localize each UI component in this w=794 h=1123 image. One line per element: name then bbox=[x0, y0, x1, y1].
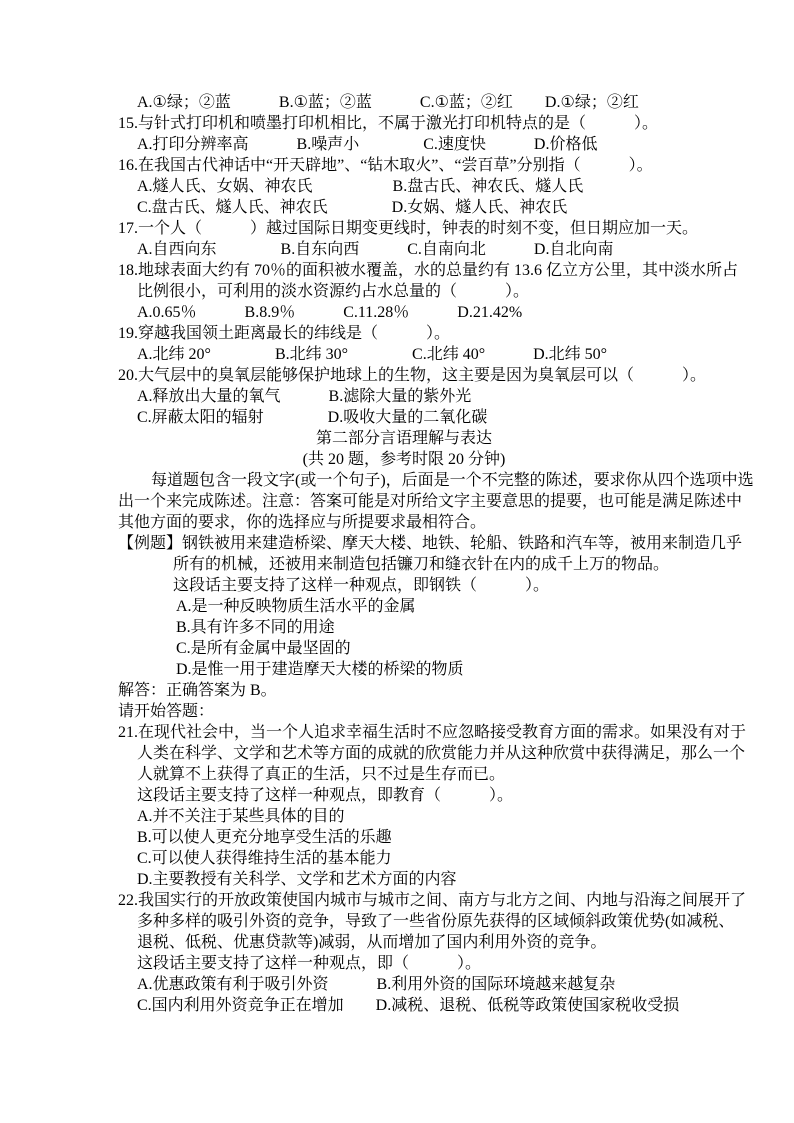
text-line: 20.大气层中的臭氧层能够保护地球上的生物，这主要是因为臭氧层可以（ ）。 bbox=[118, 365, 690, 386]
text-line: 22.我国实行的开放政策使国内城市与城市之间、南方与北方之间、内地与沿海之间展开… bbox=[118, 890, 690, 911]
text-line: B.可以使人更充分地享受生活的乐趣 bbox=[118, 827, 690, 848]
text-line: D.是惟一用于建造摩天大楼的桥梁的物质 bbox=[118, 659, 690, 680]
text-line: 所有的机械，还被用来制造包括镰刀和缝衣针在内的成千上万的物品。 bbox=[118, 554, 690, 575]
text-line: A.释放出大量的氧气 B.滤除大量的紫外光 bbox=[118, 386, 690, 407]
text-line: 请开始答题： bbox=[118, 701, 690, 722]
text-line: 18.地球表面大约有 70％的面积被水覆盖，水的总量约有 13.6 亿立方公里，… bbox=[118, 260, 690, 281]
text-line: A.自西向东 B.自东向西 C.自南向北 D.自北向南 bbox=[118, 239, 690, 260]
text-line: 出一个来完成陈述。注意：答案可能是对所给文字主要意思的提要，也可能是满足陈述中 bbox=[118, 491, 690, 512]
text-line: A.北纬 20° B.北纬 30° C.北纬 40° D.北纬 50° bbox=[118, 344, 690, 365]
text-line: 这段话主要支持了这样一种观点，即教育（ ）。 bbox=[118, 785, 690, 806]
text-line: 17.一个人（ ）越过国际日期变更线时，钟表的时刻不变，但日期应加一天。 bbox=[118, 218, 690, 239]
text-line: A.并不关注于某些具体的目的 bbox=[118, 806, 690, 827]
section-header-line: (共 20 题，参考时限 20 分钟) bbox=[118, 449, 690, 470]
text-line: D.主要教授有关科学、文学和艺术方面的内容 bbox=[118, 869, 690, 890]
text-line: 退税、低税、优惠贷款等)减弱，从而增加了国内利用外资的竞争。 bbox=[118, 932, 690, 953]
text-line: 人就算不上获得了真正的生活，只不过是生存而已。 bbox=[118, 764, 690, 785]
text-line: A.打印分辨率高 B.噪声小 C.速度快 D.价格低 bbox=[118, 134, 690, 155]
text-line: 比例很小，可利用的淡水资源约占水总量的（ ）。 bbox=[118, 281, 690, 302]
text-line: 其他方面的要求，你的选择应与所提要求最相符合。 bbox=[118, 512, 690, 533]
text-line: C.盘古氏、燧人氏、神农氏 D.女娲、燧人氏、神农氏 bbox=[118, 197, 690, 218]
text-line: A.是一种反映物质生活水平的金属 bbox=[118, 596, 690, 617]
text-line: 人类在科学、文学和艺术等方面的成就的欣赏能力并从这种欣赏中获得满足，那么一个 bbox=[118, 743, 690, 764]
text-line: 解答：正确答案为 B。 bbox=[118, 680, 690, 701]
text-line: 19.穿越我国领土距离最长的纬线是（ ）。 bbox=[118, 323, 690, 344]
text-line: C.是所有金属中最坚固的 bbox=[118, 638, 690, 659]
text-line: A.0.65％ B.8.9％ C.11.28％ D.21.42% bbox=[118, 302, 690, 323]
text-line: 16.在我国古代神话中“开天辟地”、“钻木取火”、“尝百草”分别指（ ）。 bbox=[118, 155, 690, 176]
text-line: B.具有许多不同的用途 bbox=[118, 617, 690, 638]
document-page: A.①绿；②蓝 B.①蓝；②蓝 C.①蓝；②红 D.①绿；②红15.与针式打印机… bbox=[0, 0, 794, 1123]
text-line: 这段话主要支持了这样一种观点，即钢铁（ ）。 bbox=[118, 575, 690, 596]
text-line: A.燧人氏、女娲、神农氏 B.盘古氏、神农氏、燧人氏 bbox=[118, 176, 690, 197]
text-line: C.可以使人获得维持生活的基本能力 bbox=[118, 848, 690, 869]
section-header-line: 第二部分言语理解与表达 bbox=[118, 428, 690, 449]
text-line: 这段话主要支持了这样一种观点，即（ ）。 bbox=[118, 953, 690, 974]
text-line: A.优惠政策有利于吸引外资 B.利用外资的国际环境越来越复杂 bbox=[118, 974, 690, 995]
text-line: A.①绿；②蓝 B.①蓝；②蓝 C.①蓝；②红 D.①绿；②红 bbox=[118, 92, 690, 113]
text-line: 【例题】钢铁被用来建造桥梁、摩天大楼、地铁、轮船、铁路和汽车等，被用来制造几乎 bbox=[118, 533, 690, 554]
text-line: C.屏蔽太阳的辐射 D.吸收大量的二氧化碳 bbox=[118, 407, 690, 428]
text-line: C.国内利用外资竞争正在增加 D.减税、退税、低税等政策使国家税收受损 bbox=[118, 995, 690, 1016]
text-line: 21.在现代社会中，当一个人追求幸福生活时不应忽略接受教育方面的需求。如果没有对… bbox=[118, 722, 690, 743]
text-line: 每道题包含一段文字(或一个句子)，后面是一个不完整的陈述，要求你从四个选项中选 bbox=[118, 470, 690, 491]
document-body: A.①绿；②蓝 B.①蓝；②蓝 C.①蓝；②红 D.①绿；②红15.与针式打印机… bbox=[118, 92, 690, 1016]
text-line: 15.与针式打印机和喷墨打印机相比，不属于激光打印机特点的是（ ）。 bbox=[118, 113, 690, 134]
text-line: 多种多样的吸引外资的竞争，导致了一些省份原先获得的区域倾斜政策优势(如减税、 bbox=[118, 911, 690, 932]
